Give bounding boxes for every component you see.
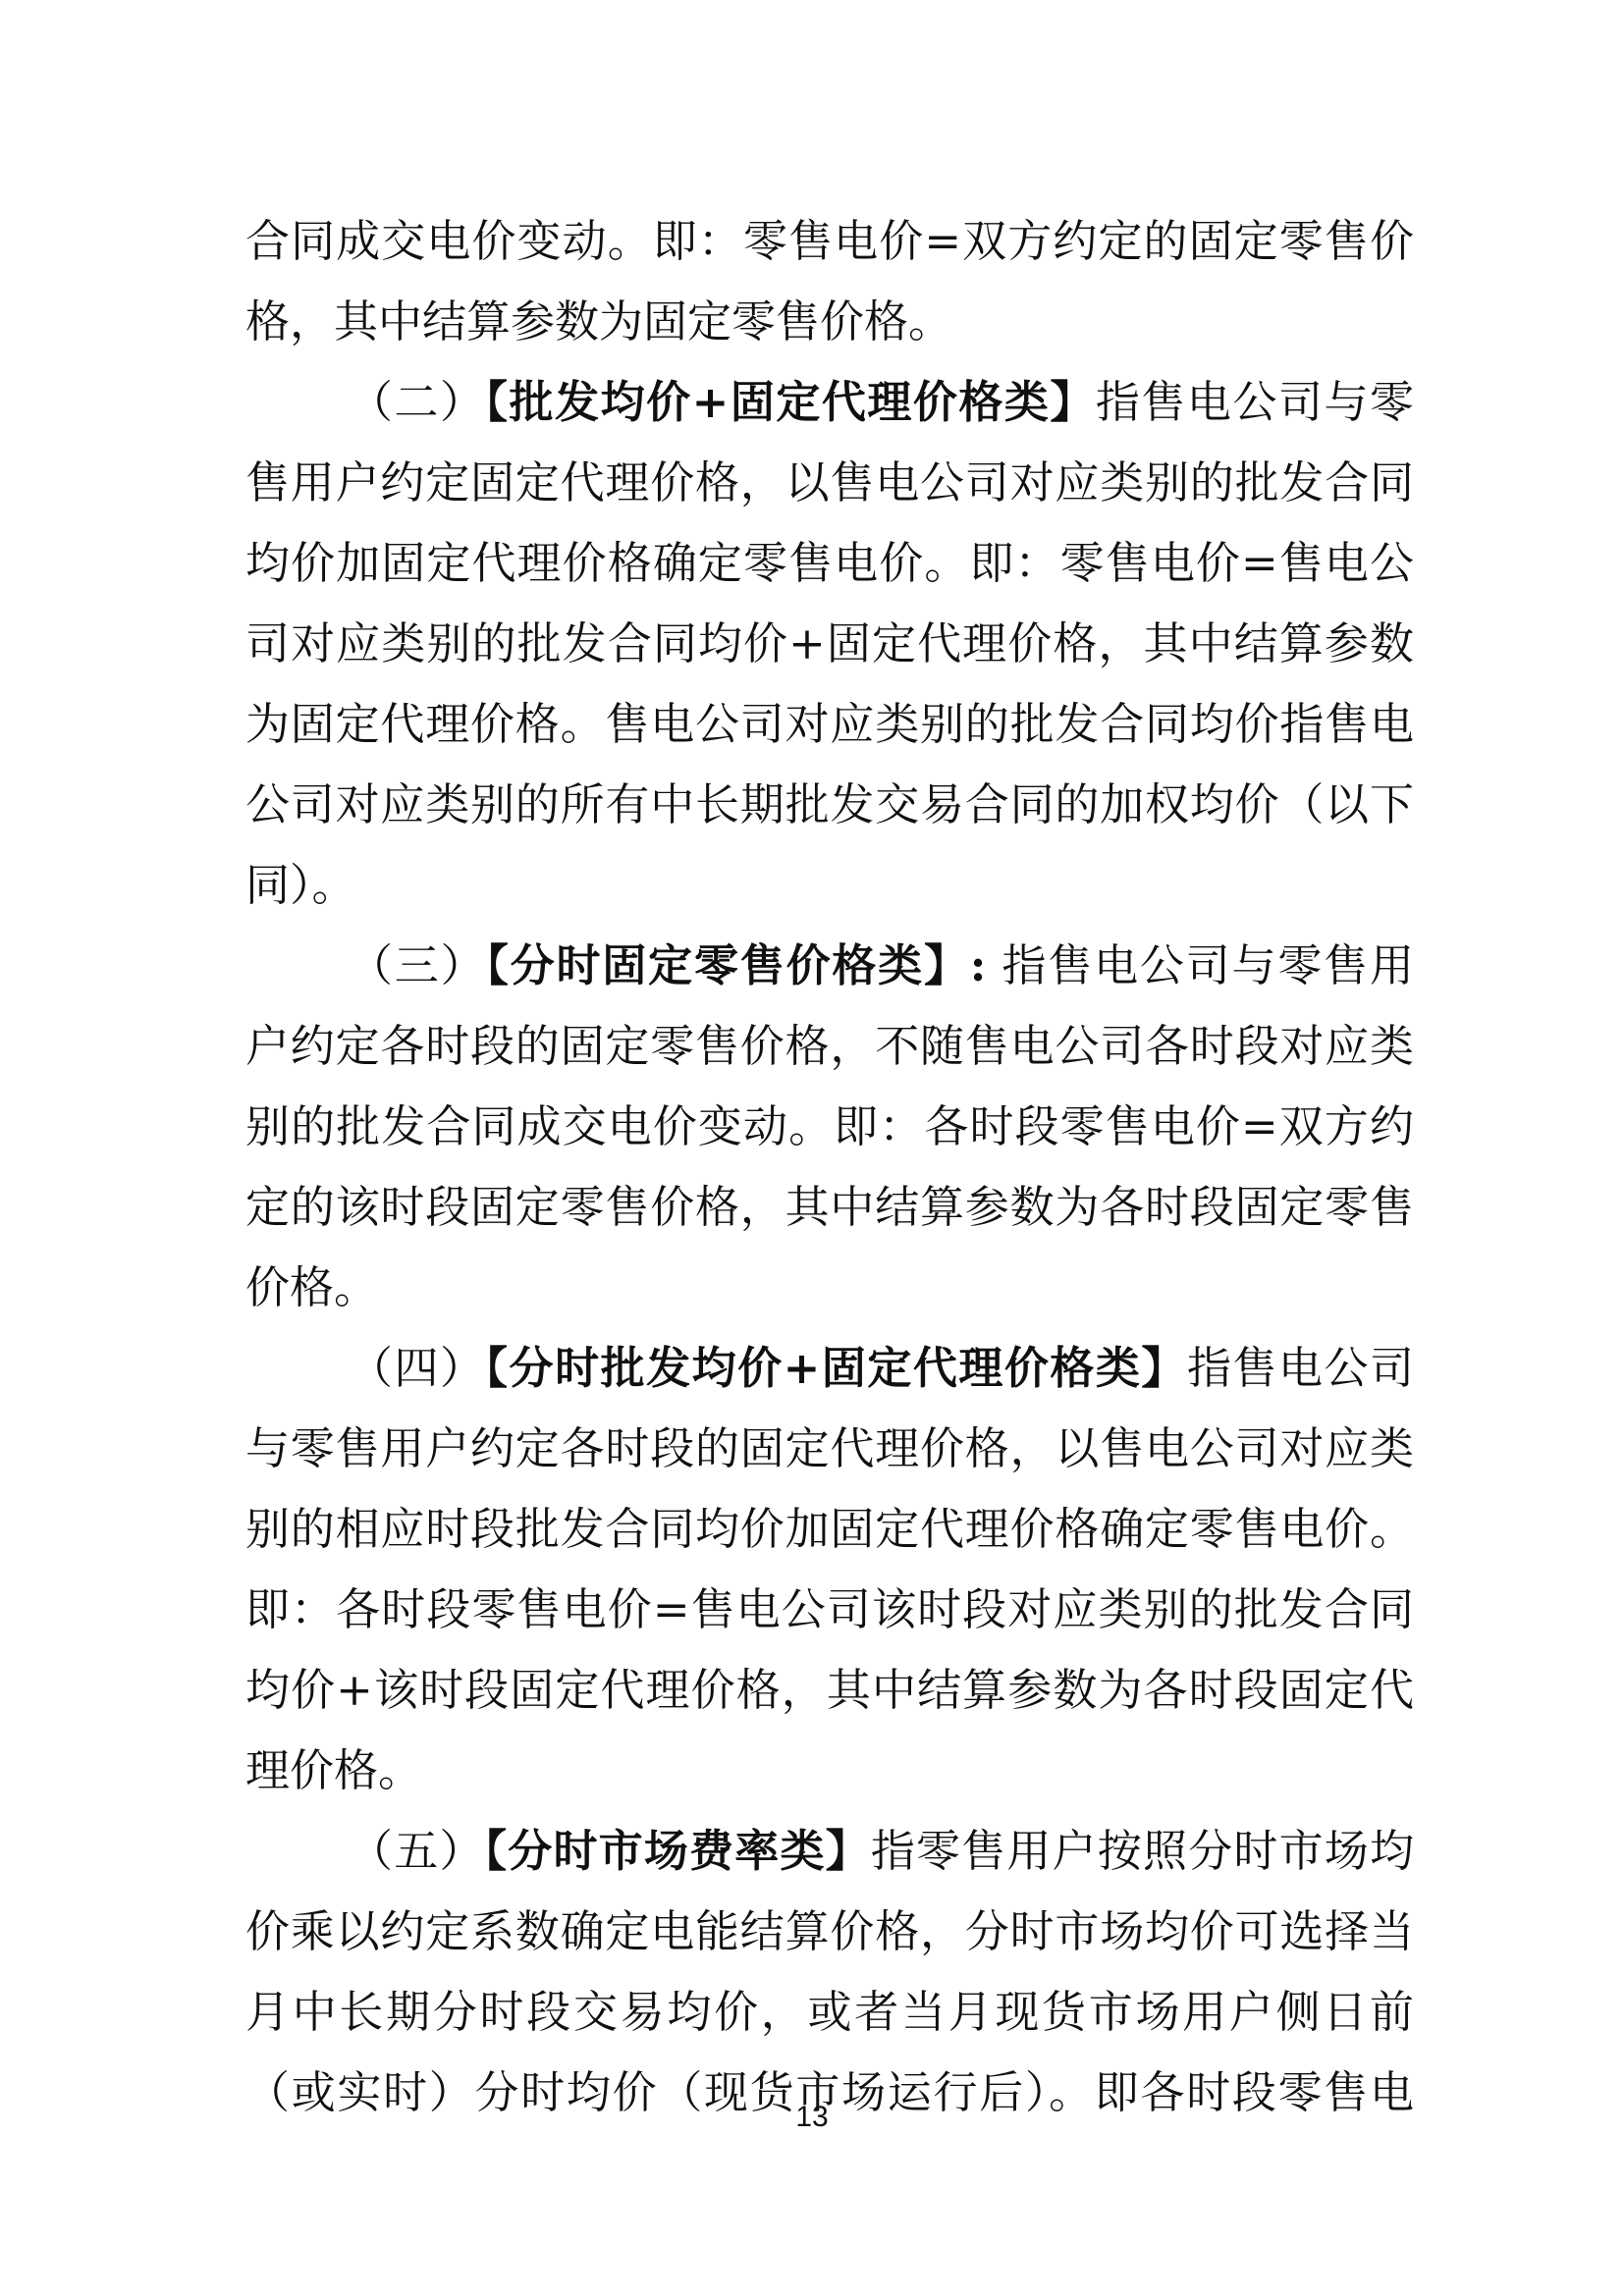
paragraph-label: （三） [349, 939, 486, 991]
text-segment: 合同成交电价变动。即：零售电价=双方约定的固定零售价 [245, 215, 1414, 267]
text-segment: 定的该时段固定零售价格，其中结算参数为各时段固定零售 [245, 1181, 1414, 1233]
text-segment: 售用户约定固定代理价格，以售电公司对应类别的批发合同 [245, 456, 1414, 508]
page-number: 13 [0, 2101, 1624, 2134]
text-line: （三）【分时固定零售价格类】: 指售电公司与零售用 [245, 926, 1414, 1006]
text-segment: 户约定各时段的固定零售价格，不随售电公司各时段对应类 [245, 1020, 1414, 1072]
text-segment: 指售电公司与零 [1096, 376, 1414, 428]
text-line: 司对应类别的批发合同均价+固定代理价格，其中结算参数 [245, 604, 1414, 684]
text-line: 价乘以约定系数确定电能结算价格，分时市场均价可选择当 [245, 1892, 1414, 1972]
text-line: 理价格。 [245, 1731, 1414, 1811]
text-line: 合同成交电价变动。即：零售电价=双方约定的固定零售价 [245, 201, 1414, 282]
text-segment: 同）。 [245, 859, 356, 911]
text-line: （二）【批发均价+固定代理价格类】指售电公司与零 [245, 362, 1414, 443]
text-segment: 指售电公司 [1187, 1342, 1414, 1394]
paragraph-label: （二） [349, 376, 486, 428]
text-line: 定的该时段固定零售价格，其中结算参数为各时段固定零售 [245, 1167, 1414, 1248]
section-heading: 【分时批发均价+固定代理价格类】 [486, 1342, 1187, 1394]
text-segment: 月中长期分时段交易均价，或者当月现货市场用户侧日前 [245, 1986, 1414, 2038]
paragraph-label: （五） [349, 1825, 485, 1877]
text-segment: 价格。 [245, 1261, 378, 1313]
text-line: 月中长期分时段交易均价，或者当月现货市场用户侧日前 [245, 1972, 1414, 2053]
text-line: （五）【分时市场费率类】指零售用户按照分时市场均 [245, 1811, 1414, 1892]
text-segment: 均价加固定代理价格确定零售电价。即：零售电价=售电公 [245, 537, 1414, 589]
text-line: 即：各时段零售电价=售电公司该时段对应类别的批发合同 [245, 1570, 1414, 1650]
text-segment: 司对应类别的批发合同均价+固定代理价格，其中结算参数 [245, 617, 1414, 669]
text-line: 同）。 [245, 845, 1414, 926]
document-page: 合同成交电价变动。即：零售电价=双方约定的固定零售价 格，其中结算参数为固定零售… [0, 0, 1624, 2296]
text-segment: 别的相应时段批发合同均价加固定代理价格确定零售电价。 [245, 1503, 1414, 1555]
text-segment: 格，其中结算参数为固定零售价格。 [245, 295, 952, 347]
text-line: 别的批发合同成交电价变动。即：各时段零售电价=双方约 [245, 1087, 1414, 1167]
text-segment: 即：各时段零售电价=售电公司该时段对应类别的批发合同 [245, 1583, 1414, 1635]
text-segment: 价乘以约定系数确定电能结算价格，分时市场均价可选择当 [245, 1905, 1414, 1957]
section-heading: 【批发均价+固定代理价格类】 [486, 376, 1096, 428]
text-segment: 与零售用户约定各时段的固定代理价格，以售电公司对应类 [245, 1422, 1414, 1474]
text-line: 别的相应时段批发合同均价加固定代理价格确定零售电价。 [245, 1489, 1414, 1570]
text-segment: 别的批发合同成交电价变动。即：各时段零售电价=双方约 [245, 1100, 1414, 1152]
paragraph-label: （四） [349, 1342, 486, 1394]
text-segment: 指零售用户按照分时市场均 [871, 1825, 1414, 1877]
text-segment: 公司对应类别的所有中长期批发交易合同的加权均价（以下 [245, 778, 1414, 830]
text-line: 价格。 [245, 1248, 1414, 1328]
text-segment: 指售电公司与零售用 [986, 939, 1414, 991]
text-line: 为固定代理价格。售电公司对应类别的批发合同均价指售电 [245, 684, 1414, 765]
text-segment: 理价格。 [245, 1744, 422, 1796]
page-content: 合同成交电价变动。即：零售电价=双方约定的固定零售价 格，其中结算参数为固定零售… [245, 201, 1414, 2133]
text-segment: 为固定代理价格。售电公司对应类别的批发合同均价指售电 [245, 698, 1414, 750]
text-line: 均价加固定代理价格确定零售电价。即：零售电价=售电公 [245, 523, 1414, 604]
text-segment: 均价+该时段固定代理价格，其中结算参数为各时段固定代 [245, 1664, 1414, 1716]
text-line: 户约定各时段的固定零售价格，不随售电公司各时段对应类 [245, 1006, 1414, 1087]
text-line: 均价+该时段固定代理价格，其中结算参数为各时段固定代 [245, 1650, 1414, 1731]
section-heading: 【分时固定零售价格类】: [486, 939, 986, 991]
text-line: （四）【分时批发均价+固定代理价格类】指售电公司 [245, 1328, 1414, 1409]
text-line: 售用户约定固定代理价格，以售电公司对应类别的批发合同 [245, 443, 1414, 523]
text-line: 格，其中结算参数为固定零售价格。 [245, 282, 1414, 362]
text-line: 与零售用户约定各时段的固定代理价格，以售电公司对应类 [245, 1409, 1414, 1489]
text-line: 公司对应类别的所有中长期批发交易合同的加权均价（以下 [245, 765, 1414, 845]
section-heading: 【分时市场费率类】 [485, 1825, 871, 1877]
